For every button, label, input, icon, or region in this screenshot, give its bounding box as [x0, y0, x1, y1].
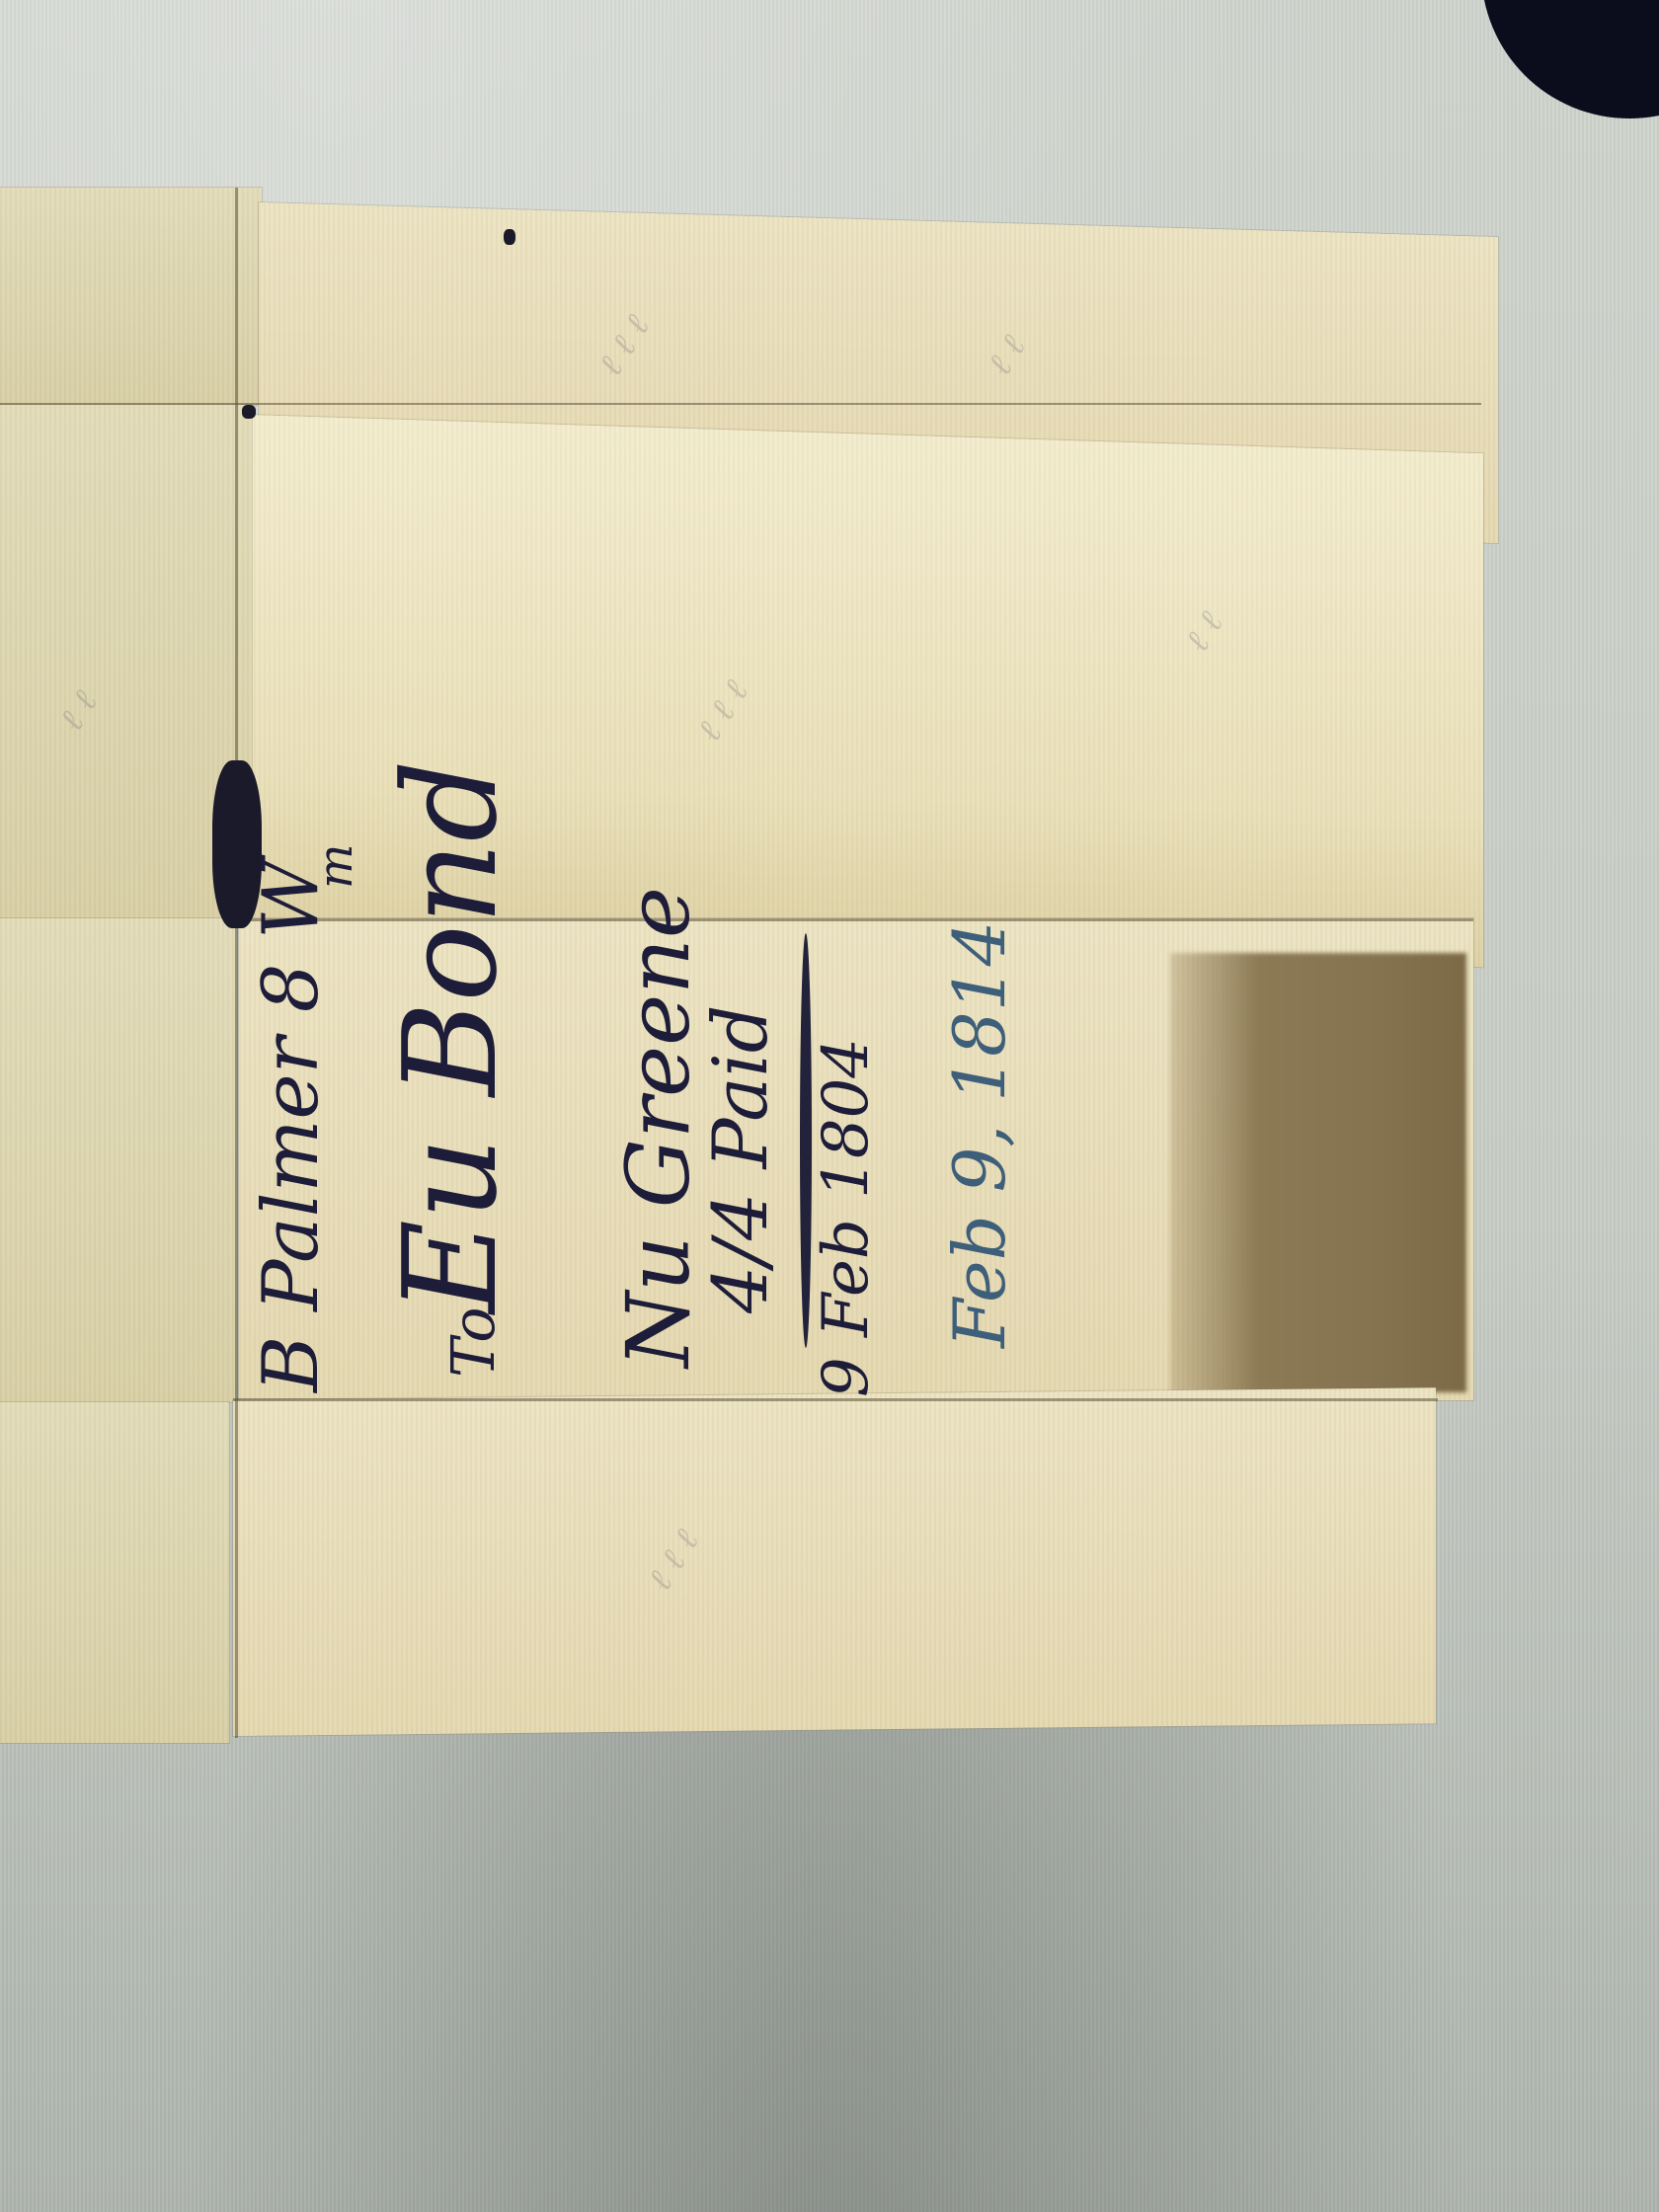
docket-date: Feb 9, 1814 [938, 921, 1021, 1348]
paper-left-bottom [0, 1402, 229, 1743]
paper-hole [504, 229, 515, 245]
fold-line [0, 403, 1481, 405]
fold-line [235, 188, 238, 1738]
address-line-sender: B Palmer 8 W [247, 860, 336, 1392]
address-line-to: To [439, 1307, 509, 1378]
paper-bottom-panel [233, 1387, 1436, 1736]
brown-stain [1170, 953, 1466, 1392]
address-line-place: Nu Greene [607, 887, 709, 1368]
address-line-name: Eu Bond [375, 759, 525, 1313]
address-line-postage: 4/4 Paid [696, 1005, 784, 1313]
paper-hole [242, 405, 256, 419]
fold-line [233, 1398, 1438, 1401]
postmark-date: 9 Feb 1804 [810, 1038, 883, 1397]
paper-top-left-flap [0, 188, 262, 405]
paper-left-lower [0, 918, 237, 1402]
